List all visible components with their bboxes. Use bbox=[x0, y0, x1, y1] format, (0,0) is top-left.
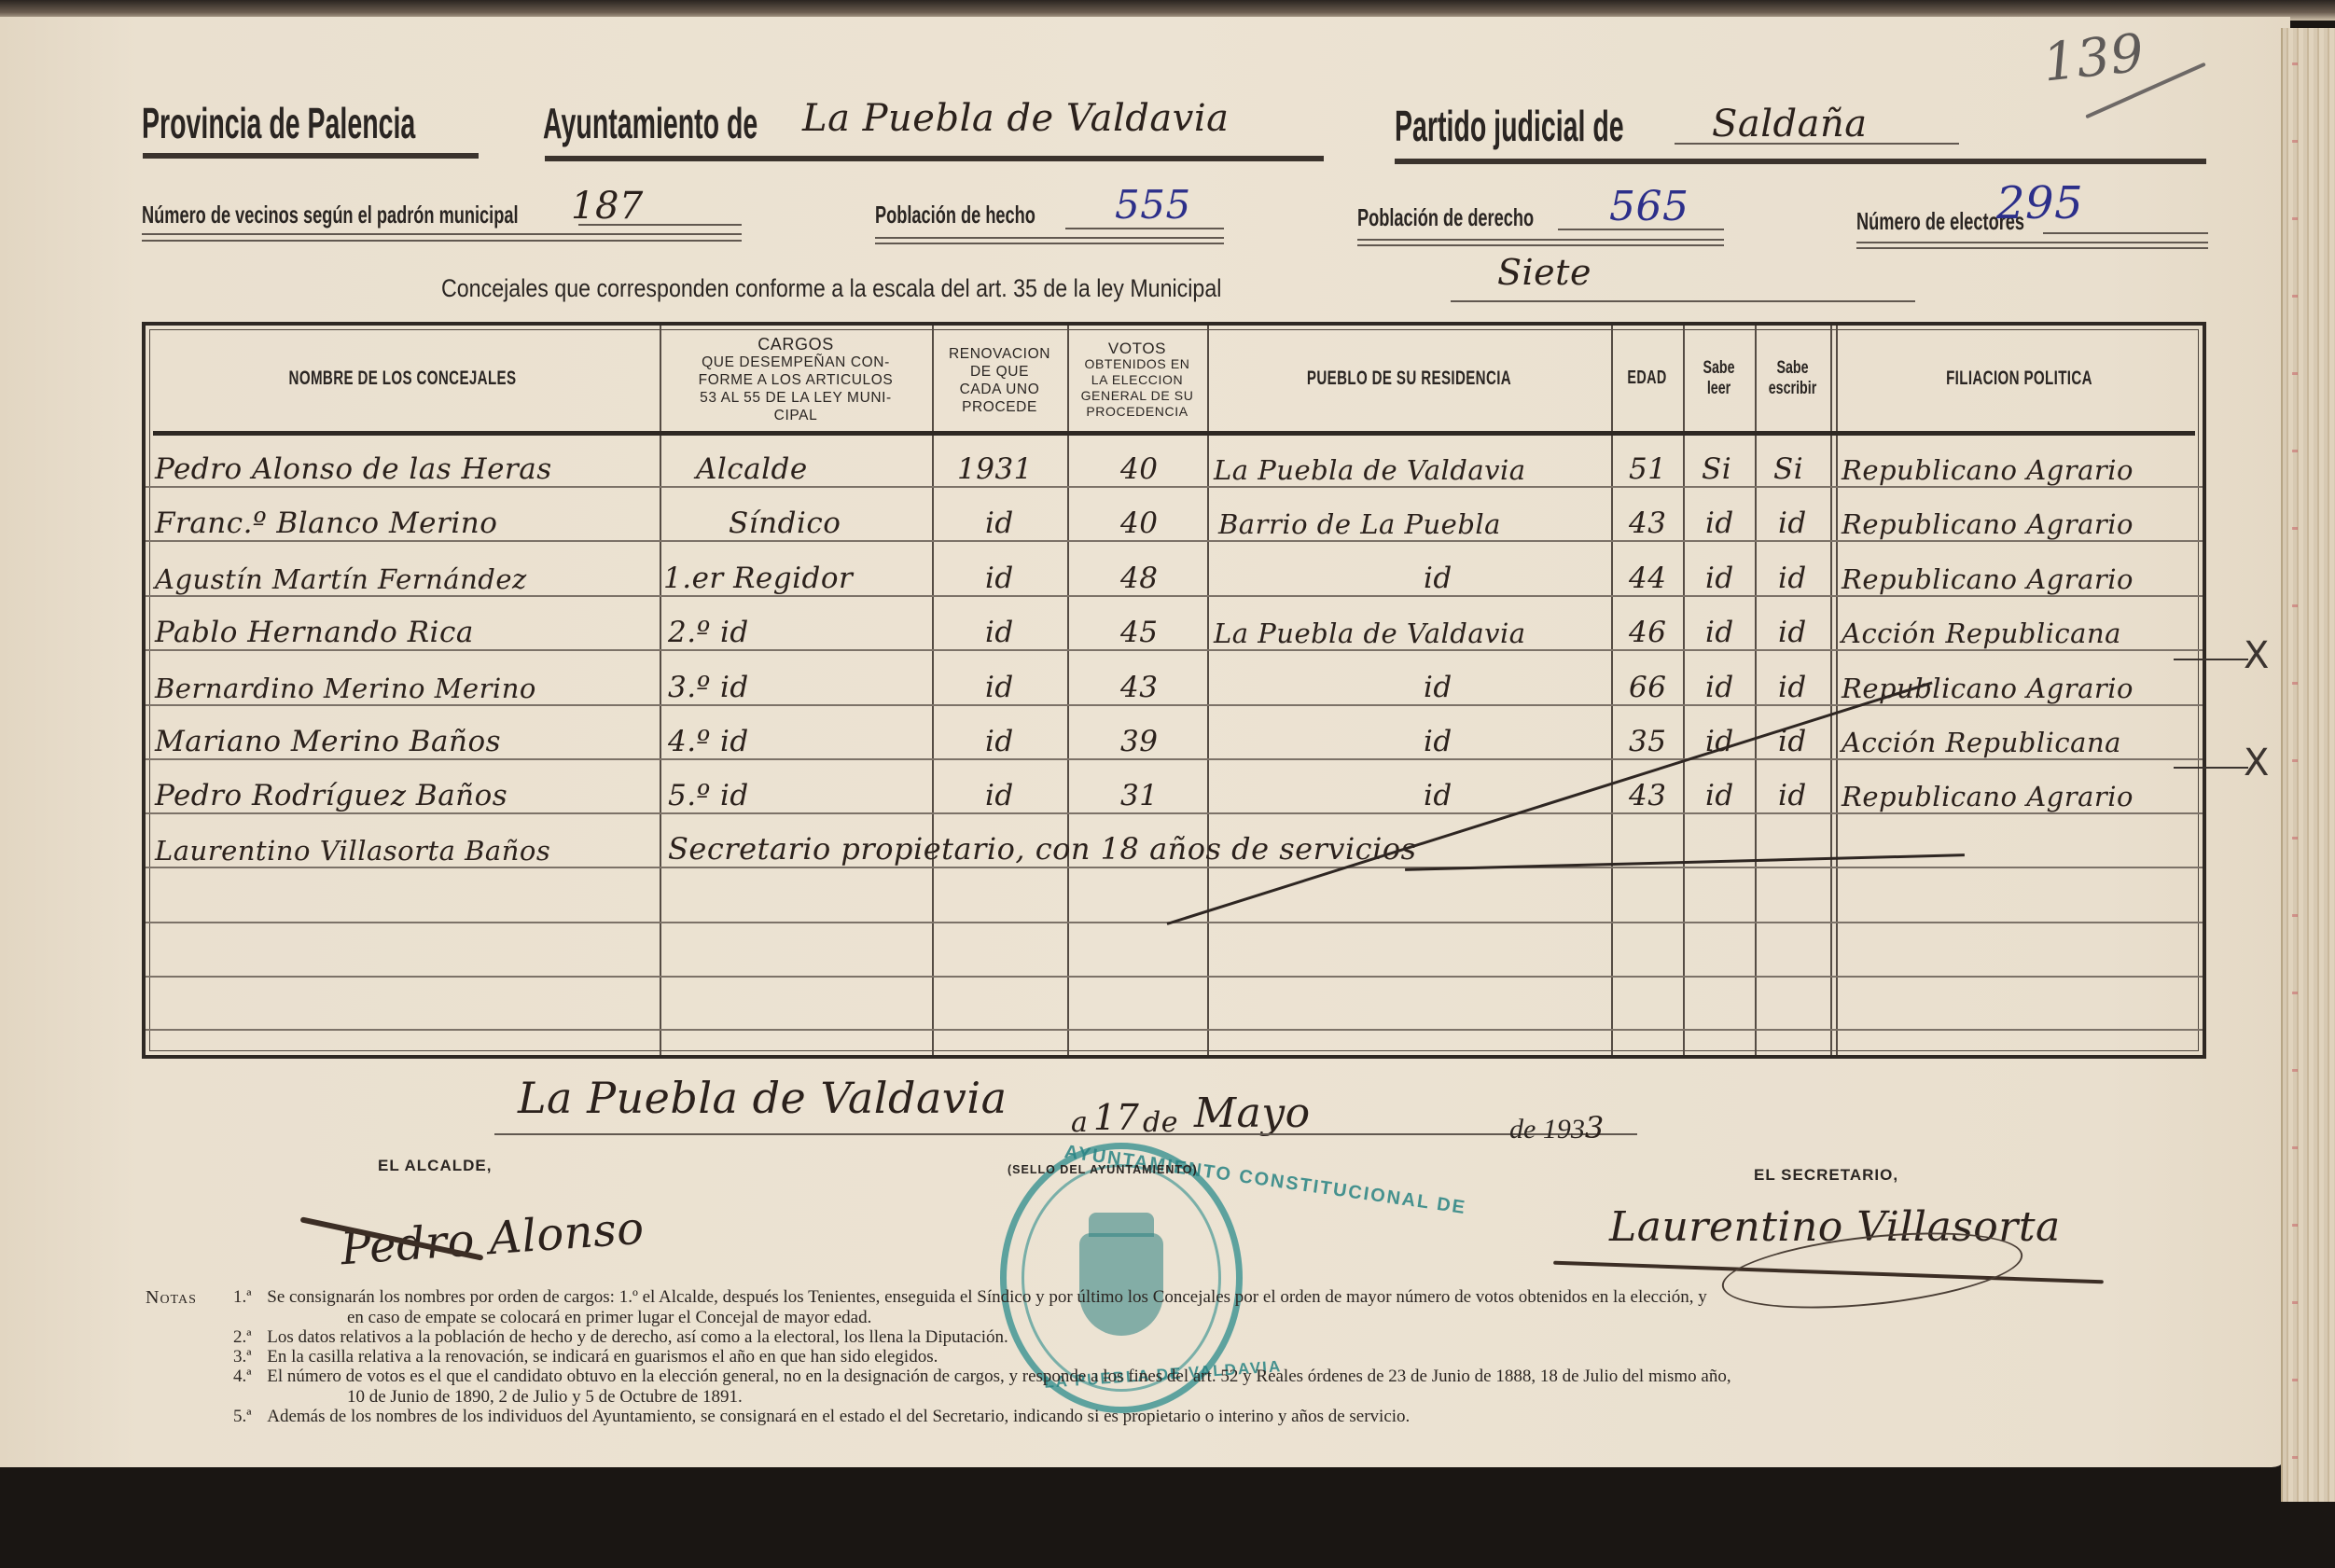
ayuntamiento-label: Ayuntamiento de bbox=[543, 98, 757, 148]
cell-edad: 44 bbox=[1629, 562, 1666, 595]
partido-label: Partido judicial de bbox=[1395, 101, 1624, 151]
th-votos-line: OBTENIDOS EN bbox=[1085, 356, 1190, 372]
cell-cargo: 4.º id bbox=[668, 725, 749, 758]
notes-label: Notas bbox=[146, 1287, 197, 1309]
cell-leer: id bbox=[1705, 671, 1734, 704]
cell-votos: 40 bbox=[1120, 506, 1158, 540]
cell-secretary-name: Laurentino Villasorta Baños bbox=[155, 835, 550, 867]
cell-votos: 45 bbox=[1120, 616, 1158, 649]
cell-nombre: Mariano Merino Baños bbox=[155, 725, 501, 758]
cell-nombre: Pedro Rodríguez Baños bbox=[155, 779, 507, 812]
page-number: 139 bbox=[2040, 23, 2147, 94]
date-year: de 1933 bbox=[1509, 1110, 1605, 1145]
note-item: 2.ª Los datos relativos a la población d… bbox=[233, 1327, 1008, 1348]
cell-renovacion: id bbox=[985, 506, 1014, 540]
row-line bbox=[146, 812, 2203, 814]
cell-filiacion: Republicano Agrario bbox=[1842, 673, 2133, 704]
th-cargos-line: 53 AL 55 DE LA LEY MUNI- bbox=[700, 389, 892, 407]
electores-rule-2 bbox=[1856, 247, 2208, 249]
concejales-table: NOMBRE DE LOS CONCEJALES CARGOS QUE DESE… bbox=[142, 322, 2206, 1059]
cell-escribir: id bbox=[1778, 506, 1807, 540]
cell-escribir: id bbox=[1778, 671, 1807, 704]
cell-edad: 51 bbox=[1629, 452, 1666, 486]
note-text: Los datos relativos a la población de he… bbox=[267, 1327, 1008, 1347]
th-renovacion: RENOVACION DE QUE CADA UNO PROCEDE bbox=[932, 329, 1067, 431]
row-line bbox=[146, 867, 2203, 868]
cell-nombre: Agustín Martín Fernández bbox=[155, 563, 527, 595]
date-year-suffix: 3 bbox=[1585, 1110, 1605, 1145]
th-sabe-escribir: Sabe escribir bbox=[1764, 326, 1821, 431]
th-votos-line: LA ELECCION bbox=[1091, 372, 1183, 388]
cell-filiacion: Republicano Agrario bbox=[1842, 781, 2133, 812]
date-month: Mayo bbox=[1194, 1089, 1311, 1137]
cell-renovacion: id bbox=[985, 671, 1014, 704]
cell-filiacion: Republicano Agrario bbox=[1842, 454, 2133, 486]
th-votos-line: VOTOS bbox=[1108, 340, 1166, 356]
cell-escribir: id bbox=[1778, 616, 1807, 649]
cell-nombre: Franc.º Blanco Merino bbox=[155, 506, 497, 540]
th-leer-line: Sabe bbox=[1703, 358, 1734, 379]
x-mark: X bbox=[2244, 742, 2269, 784]
cell-pueblo: Barrio de La Puebla bbox=[1218, 508, 1501, 540]
cell-leer: id bbox=[1705, 616, 1734, 649]
th-sabe-leer: Sabe leer bbox=[1692, 326, 1746, 431]
th-votos-line: PROCEDENCIA bbox=[1086, 404, 1188, 420]
note-number: 5.ª bbox=[233, 1407, 252, 1426]
th-pueblo: PUEBLO DE SU RESIDENCIA bbox=[1264, 326, 1555, 431]
partido-value: Saldaña bbox=[1712, 103, 1868, 146]
th-cargos-line: QUE DESEMPEÑAN CON- bbox=[702, 354, 890, 371]
cell-votos: 31 bbox=[1120, 779, 1158, 812]
note-item: 5.ª Además de los nombres de los individ… bbox=[233, 1407, 1410, 1427]
vecinos-rule-2 bbox=[142, 240, 742, 242]
concejales-value: Siete bbox=[1497, 252, 1591, 293]
electores-write-line bbox=[2043, 232, 2208, 234]
x-mark-leader bbox=[2174, 659, 2248, 660]
note-text: Se consignarán los nombres por orden de … bbox=[267, 1287, 1707, 1307]
cell-renovacion: id bbox=[985, 616, 1014, 649]
hecho-write-line bbox=[1065, 228, 1224, 229]
cell-edad: 66 bbox=[1629, 671, 1666, 704]
row-line bbox=[146, 486, 2203, 488]
cell-renovacion: 1931 bbox=[957, 452, 1033, 486]
date-day: 17 bbox=[1093, 1097, 1139, 1138]
cell-cargo: 3.º id bbox=[668, 671, 749, 704]
cell-renovacion: id bbox=[985, 779, 1014, 812]
th-cargos-line: FORME A LOS ARTICULOS bbox=[699, 371, 894, 389]
row-line bbox=[146, 758, 2203, 760]
th-filiacion: FILIACION POLITICA bbox=[1887, 326, 2151, 431]
ayuntamiento-value: La Puebla de Valdavia bbox=[802, 97, 1229, 140]
cell-pueblo: id bbox=[1424, 671, 1452, 704]
cell-votos: 48 bbox=[1120, 562, 1158, 595]
cell-edad: 35 bbox=[1629, 725, 1666, 758]
secretario-label: EL SECRETARIO, bbox=[1754, 1166, 1898, 1185]
cell-leer: id bbox=[1705, 562, 1734, 595]
cell-pueblo: id bbox=[1424, 562, 1452, 595]
date-year-prefix: de 193 bbox=[1509, 1114, 1585, 1145]
derecho-rule-1 bbox=[1357, 239, 1724, 241]
electores-rule-1 bbox=[1856, 242, 2208, 243]
cell-escribir: id bbox=[1778, 779, 1807, 812]
cell-leer: id bbox=[1705, 779, 1734, 812]
cell-votos: 40 bbox=[1120, 452, 1158, 486]
cell-filiacion: Acción Republicana bbox=[1842, 617, 2121, 649]
derecho-write-line bbox=[1558, 229, 1724, 230]
hecho-rule-2 bbox=[875, 243, 1224, 244]
partido-underline bbox=[1395, 159, 2206, 164]
cell-renovacion: id bbox=[985, 725, 1014, 758]
cell-renovacion: id bbox=[985, 562, 1014, 595]
vecinos-write-line bbox=[578, 224, 742, 226]
note-number: 1.ª bbox=[233, 1287, 252, 1307]
note-number: 3.ª bbox=[233, 1347, 252, 1367]
th-votos: VOTOS OBTENIDOS EN LA ELECCION GENERAL D… bbox=[1067, 329, 1207, 431]
vecinos-rule-1 bbox=[142, 233, 742, 235]
cell-pueblo: La Puebla de Valdavia bbox=[1214, 617, 1526, 649]
cell-cargo: 2.º id bbox=[668, 616, 749, 649]
cell-pueblo: id bbox=[1424, 779, 1452, 812]
cell-pueblo: La Puebla de Valdavia bbox=[1214, 454, 1526, 486]
note-item: 4.ª El número de votos es el que el cand… bbox=[233, 1367, 1731, 1387]
th-cargos: CARGOS QUE DESEMPEÑAN CON- FORME A LOS A… bbox=[660, 329, 932, 431]
derecho-rule-2 bbox=[1357, 244, 1724, 246]
alcalde-label: EL ALCALDE, bbox=[378, 1157, 492, 1175]
th-escribir-line: Sabe bbox=[1776, 358, 1808, 379]
poblacion-hecho-label: Población de hecho bbox=[875, 201, 1035, 229]
cell-edad: 43 bbox=[1629, 779, 1666, 812]
th-nombre: NOMBRE DE LOS CONCEJALES bbox=[217, 326, 588, 431]
cell-filiacion: Acción Republicana bbox=[1842, 727, 2121, 758]
note-text: El número de votos es el que el candidat… bbox=[267, 1367, 1730, 1386]
cell-escribir: Si bbox=[1773, 452, 1803, 486]
th-renovacion-line: CADA UNO bbox=[960, 381, 1040, 398]
row-line bbox=[146, 976, 2203, 978]
cell-leer: Si bbox=[1702, 452, 1731, 486]
partido-write-line bbox=[1675, 143, 1959, 145]
concejales-write-line bbox=[1451, 300, 1915, 302]
cell-filiacion: Republicano Agrario bbox=[1842, 508, 2133, 540]
note-item: 3.ª En la casilla relativa a la renovaci… bbox=[233, 1347, 938, 1367]
th-renovacion-line: DE QUE bbox=[970, 363, 1029, 381]
cell-edad: 46 bbox=[1629, 616, 1666, 649]
cell-cargo: 1.er Regidor bbox=[663, 562, 853, 595]
coat-of-arms-icon bbox=[1079, 1233, 1163, 1336]
cell-nombre: Pedro Alonso de las Heras bbox=[155, 452, 552, 486]
row-line bbox=[146, 704, 2203, 706]
ayuntamiento-underline bbox=[545, 156, 1324, 161]
cell-votos: 43 bbox=[1120, 671, 1158, 704]
concejales-label: Concejales que corresponden conforme a l… bbox=[441, 274, 1221, 303]
note-continuation: en caso de empate se colocará en primer … bbox=[347, 1308, 871, 1328]
vecinos-label: Número de vecinos según el padrón munici… bbox=[142, 201, 519, 229]
date-place: La Puebla de Valdavia bbox=[518, 1073, 1008, 1123]
cell-leer: id bbox=[1705, 506, 1734, 540]
th-leer-line: leer bbox=[1707, 379, 1730, 399]
poblacion-derecho-label: Población de derecho bbox=[1357, 203, 1534, 232]
date-line bbox=[494, 1133, 1637, 1135]
provincia-underline bbox=[143, 153, 479, 159]
poblacion-derecho-value: 565 bbox=[1609, 183, 1689, 230]
th-votos-line: GENERAL DE SU bbox=[1081, 388, 1194, 404]
x-mark-leader bbox=[2174, 767, 2248, 769]
row-line bbox=[146, 540, 2203, 542]
provincia-label: Provincia de Palencia bbox=[142, 98, 415, 148]
note-continuation: 10 de Junio de 1890, 2 de Julio y 5 de O… bbox=[347, 1387, 743, 1408]
note-item: 1.ª Se consignarán los nombres por orden… bbox=[233, 1287, 1707, 1308]
th-renovacion-line: PROCEDE bbox=[962, 398, 1037, 416]
cell-votos: 39 bbox=[1120, 725, 1158, 758]
sello-label: (SELLO DEL AYUNTAMIENTO) bbox=[1008, 1163, 1198, 1176]
vecinos-value: 187 bbox=[571, 185, 644, 228]
cell-pueblo: id bbox=[1424, 725, 1452, 758]
note-number: 2.ª bbox=[233, 1327, 252, 1347]
cell-nombre: Pablo Hernando Rica bbox=[155, 616, 474, 649]
electores-value: 295 bbox=[1996, 177, 2083, 229]
th-edad: EDAD bbox=[1621, 326, 1673, 431]
cell-edad: 43 bbox=[1629, 506, 1666, 540]
th-escribir-line: escribir bbox=[1769, 379, 1816, 399]
poblacion-hecho-value: 555 bbox=[1115, 182, 1191, 228]
cell-nombre: Bernardino Merino Merino bbox=[155, 673, 536, 704]
book-page-edges bbox=[2281, 28, 2335, 1502]
cell-secretary-note: Secretario propietario, con 18 años de s… bbox=[668, 831, 1417, 867]
note-number: 4.ª bbox=[233, 1367, 252, 1386]
x-mark: X bbox=[2244, 634, 2269, 677]
note-text: En la casilla relativa a la renovación, … bbox=[267, 1347, 938, 1367]
hecho-rule-1 bbox=[875, 237, 1224, 239]
cell-escribir: id bbox=[1778, 562, 1807, 595]
row-line bbox=[146, 595, 2203, 597]
th-cargos-line: CARGOS bbox=[757, 336, 834, 354]
row-line bbox=[146, 1029, 2203, 1031]
row-line bbox=[146, 649, 2203, 651]
th-renovacion-line: RENOVACION bbox=[949, 345, 1050, 363]
cell-filiacion: Republicano Agrario bbox=[1842, 563, 2133, 595]
cell-cargo: Alcalde bbox=[696, 452, 808, 486]
cell-cargo: Síndico bbox=[729, 506, 841, 540]
note-text: Además de los nombres de los individuos … bbox=[267, 1407, 1410, 1426]
th-cargos-line: CIPAL bbox=[774, 407, 818, 424]
cell-cargo: 5.º id bbox=[668, 779, 749, 812]
